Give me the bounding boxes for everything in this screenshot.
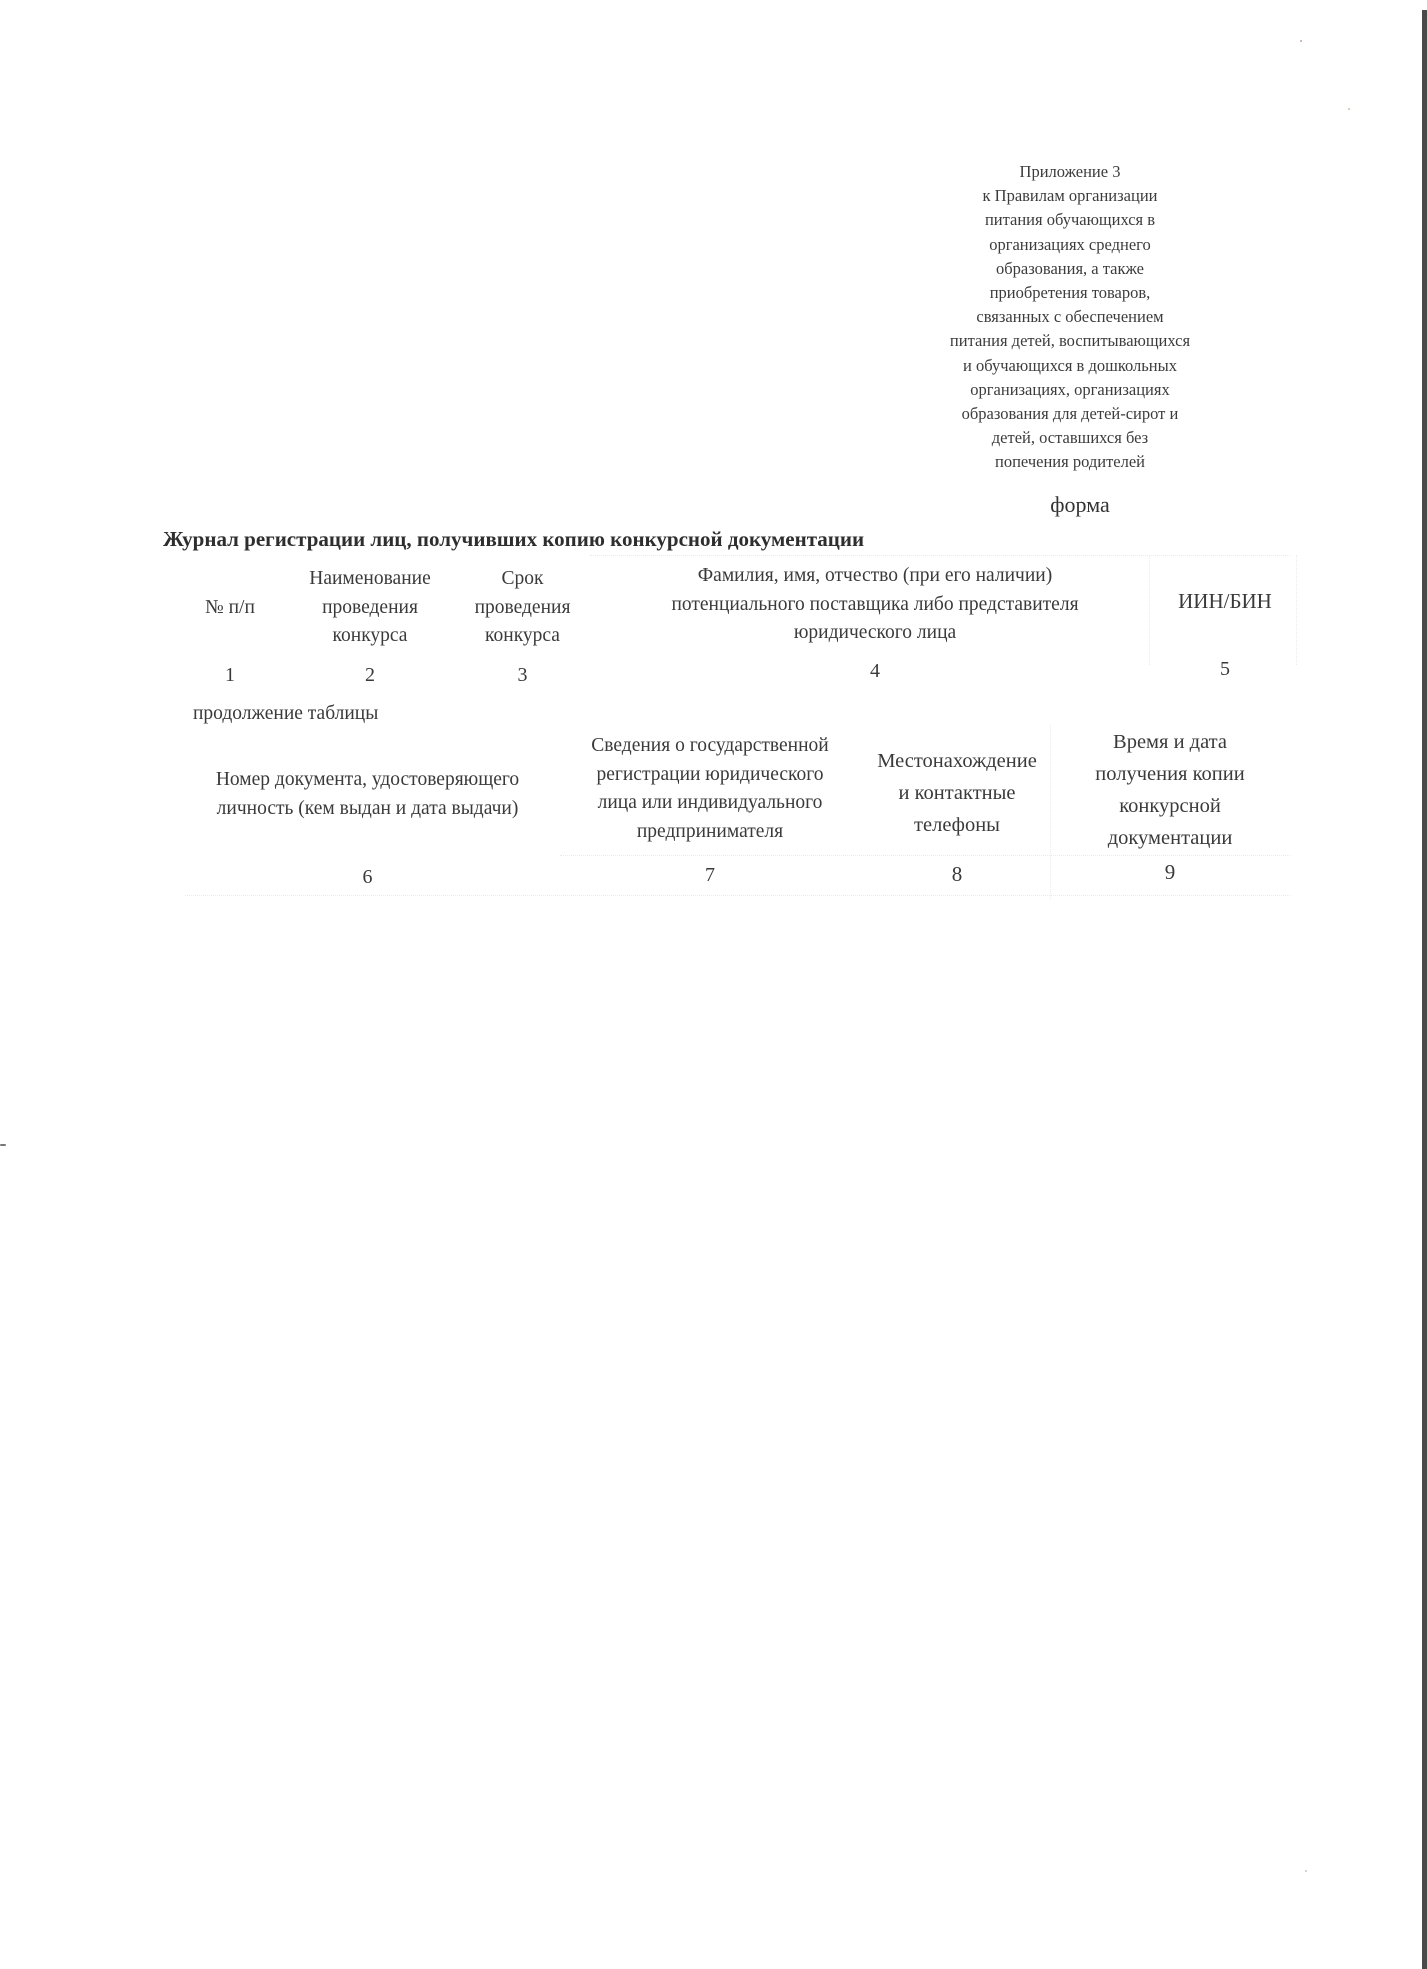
column-number: 7 [560, 864, 860, 887]
header-line: телефоны [862, 809, 1052, 841]
scanner-edge [1422, 10, 1427, 1969]
header-line: документации [1060, 822, 1280, 854]
header-line: Местонахождение [862, 745, 1052, 777]
column-number: 9 [1060, 860, 1280, 885]
header-line: Срок [455, 565, 590, 594]
column-header: Время и дата получения копии конкурсной … [1060, 726, 1280, 854]
annex-line: питания детей, воспитывающихся [930, 329, 1210, 353]
column-header: Местонахождение и контактные телефоны [862, 745, 1052, 841]
table-border [1296, 555, 1297, 665]
annex-line: образования, а также [930, 257, 1210, 281]
column-number: 4 [610, 660, 1140, 683]
header-line: конкурса [290, 622, 450, 651]
annex-line: образования для детей-сирот и [930, 402, 1210, 426]
annex-line: Приложение 3 [930, 160, 1210, 184]
table-border [590, 555, 1290, 556]
header-line: Время и дата [1060, 726, 1280, 758]
column-header: Номер документа, удостоверяющего личност… [180, 766, 555, 823]
table-border [560, 855, 1290, 856]
form-label: форма [1000, 492, 1160, 518]
annex-line: попечения родителей [930, 450, 1210, 474]
column-header: Сведения о государственной регистрации ю… [560, 732, 860, 846]
header-line: проведения [290, 594, 450, 623]
annex-header: Приложение 3 к Правилам организации пита… [930, 160, 1210, 475]
header-line: предпринимателя [560, 818, 860, 847]
scan-speck [1305, 1870, 1307, 1872]
header-line: № п/п [180, 594, 280, 623]
column-number: 1 [180, 664, 280, 687]
annex-line: детей, оставшихся без [930, 426, 1210, 450]
header-line: проведения [455, 594, 590, 623]
annex-line: организациях, организациях [930, 378, 1210, 402]
header-line: Фамилия, имя, отчество (при его наличии) [610, 562, 1140, 591]
header-line: конкурса [455, 622, 590, 651]
column-number: 8 [862, 862, 1052, 887]
header-line: личность (кем выдан и дата выдачи) [180, 795, 555, 824]
column-number: 3 [455, 664, 590, 687]
header-line: получения копии [1060, 758, 1280, 790]
column-header: Наименование проведения конкурса [290, 565, 450, 651]
column-header: Срок проведения конкурса [455, 565, 590, 651]
header-line: Сведения о государственной [560, 732, 860, 761]
scan-speck [0, 1144, 6, 1146]
annex-line: к Правилам организации [930, 184, 1210, 208]
header-line: Номер документа, удостоверяющего [180, 766, 555, 795]
header-line: конкурсной [1060, 790, 1280, 822]
header-line: и контактные [862, 777, 1052, 809]
header-line: ИИН/БИН [1155, 587, 1295, 616]
header-line: юридического лица [610, 619, 1140, 648]
table-border [185, 895, 1290, 896]
header-line: потенциального поставщика либо представи… [610, 591, 1140, 620]
scan-speck [1348, 108, 1350, 110]
annex-line: связанных с обеспечением [930, 305, 1210, 329]
header-line: лица или индивидуального [560, 789, 860, 818]
column-number: 5 [1155, 658, 1295, 681]
table-border [1149, 555, 1150, 665]
column-header: Фамилия, имя, отчество (при его наличии)… [610, 562, 1140, 648]
scan-speck [1300, 40, 1302, 42]
document-title: Журнал регистрации лиц, получивших копию… [163, 527, 864, 552]
column-header: № п/п [180, 594, 280, 623]
annex-line: и обучающихся в дошкольных [930, 354, 1210, 378]
annex-line: приобретения товаров, [930, 281, 1210, 305]
column-number: 2 [290, 664, 450, 687]
annex-line: питания обучающихся в [930, 208, 1210, 232]
column-number: 6 [180, 866, 555, 889]
continuation-label: продолжение таблицы [193, 703, 378, 725]
header-line: регистрации юридического [560, 761, 860, 790]
column-header: ИИН/БИН [1155, 587, 1295, 616]
annex-line: организациях среднего [930, 233, 1210, 257]
header-line: Наименование [290, 565, 450, 594]
